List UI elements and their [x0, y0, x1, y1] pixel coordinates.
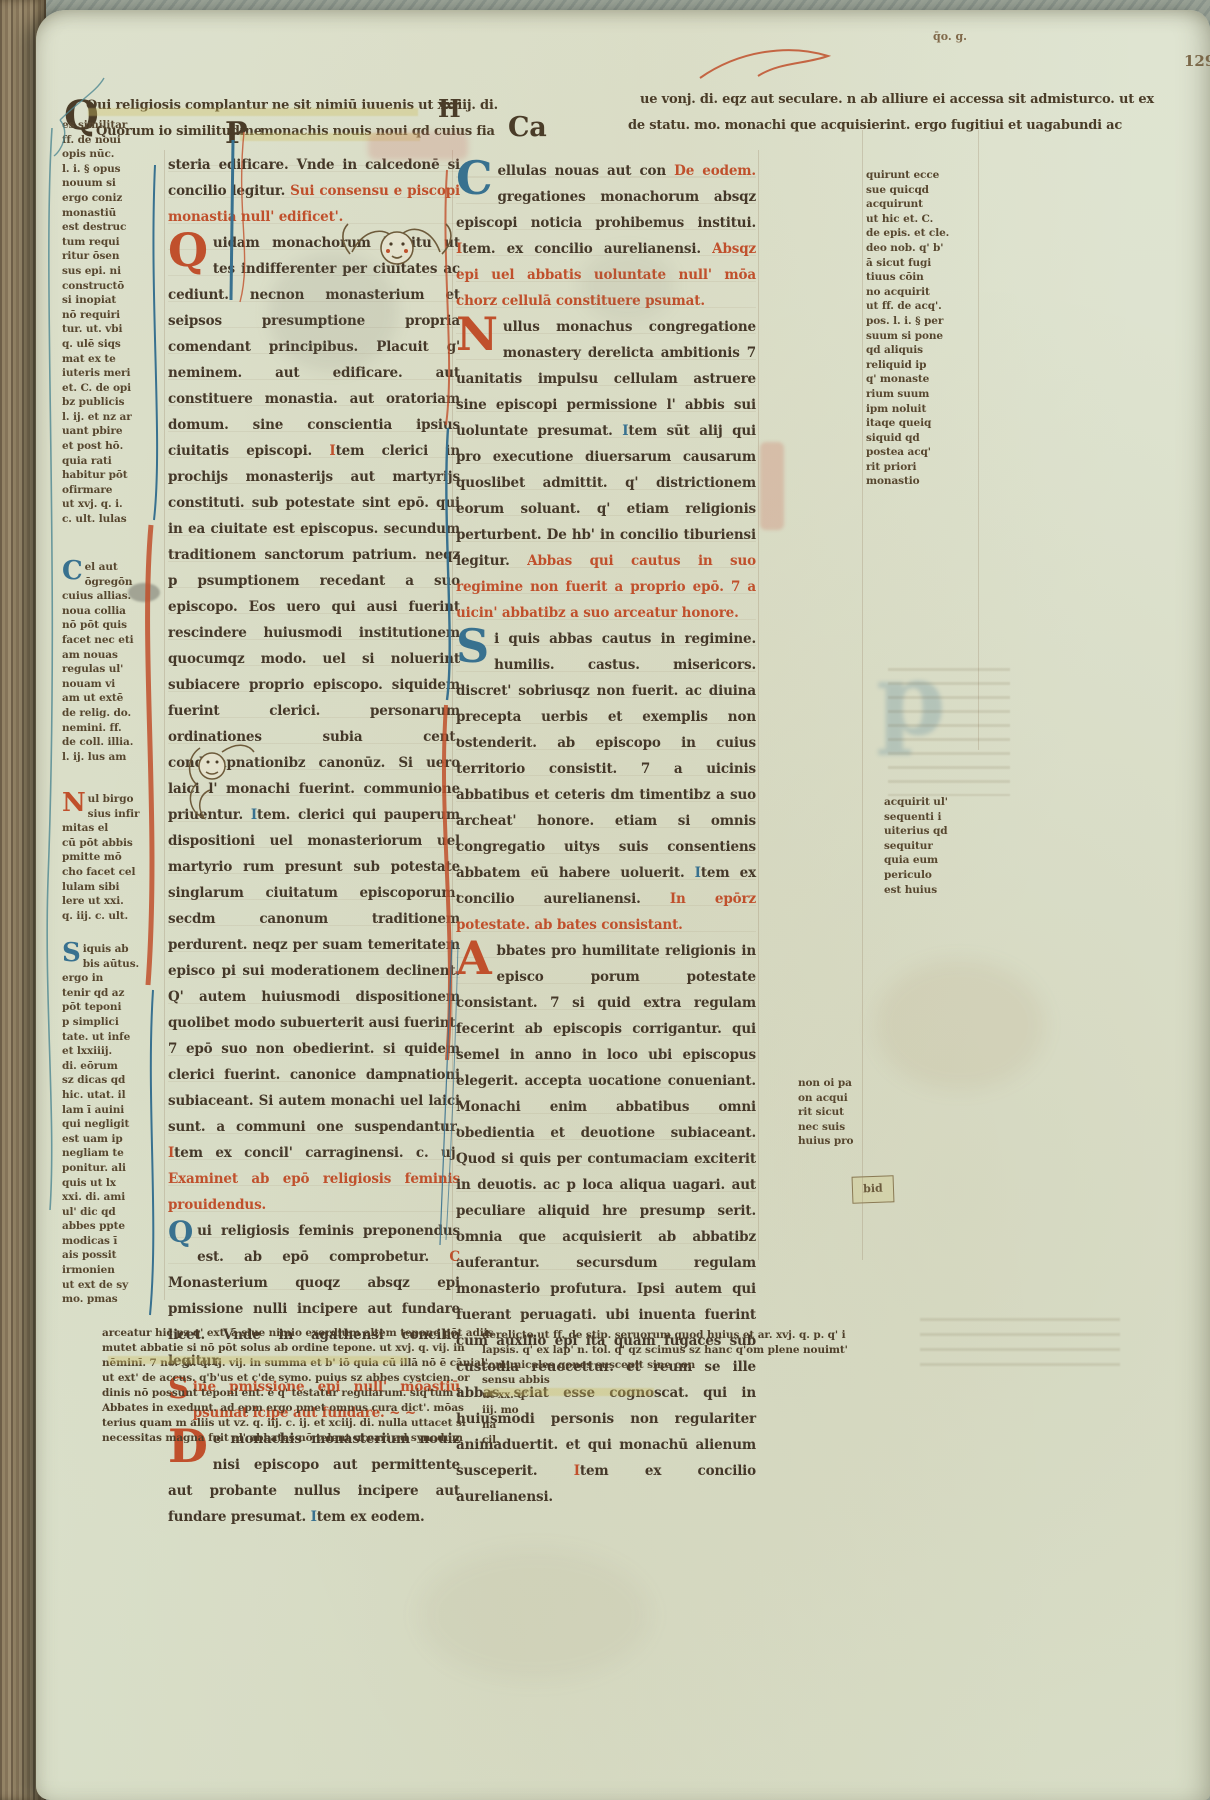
- text-line: deo nob. q' b': [866, 241, 970, 256]
- text-line: rit priori: [866, 460, 970, 475]
- text-line: nō pōt quis: [62, 618, 172, 633]
- text-line: am nouas: [62, 648, 172, 663]
- header-paraph-blue: Ħ: [438, 94, 460, 123]
- quire-mark: q̄o. g.: [933, 30, 967, 43]
- text-line: rit sicut: [798, 1105, 894, 1120]
- text-line: nouam vi: [62, 677, 172, 692]
- text-line: irmonien: [62, 1263, 172, 1278]
- text-line: di. eōrum: [62, 1059, 172, 1074]
- header-gloss-line2-right: de statu. mo. monachi que acquisierint. …: [628, 118, 1122, 133]
- text-line: iij. mo: [482, 1403, 882, 1418]
- text-line: ā sicut fugi: [866, 256, 970, 271]
- ruling-line: [978, 130, 979, 750]
- text-line: constructō: [62, 279, 172, 294]
- text-line: ul' dic qd: [62, 1205, 172, 1220]
- text-line: est huius: [884, 883, 984, 898]
- text-line: ff. de noui: [62, 133, 172, 148]
- text-line: quia rati: [62, 454, 172, 469]
- text-line: ergo coniz: [62, 191, 172, 206]
- text-line: tum requi: [62, 235, 172, 250]
- text-column-2: Cellulas nouas aut con De eodem. gregati…: [456, 158, 756, 1303]
- text-line: ut xvj. q. i.: [62, 497, 172, 512]
- text-line: ut ff. de acq'.: [866, 299, 970, 314]
- text-line: acquirit ul': [884, 795, 984, 810]
- text-segment: i quis abbas cautus in regimine. humilis…: [456, 631, 756, 881]
- text-paragraph: steria edificare. Vnde in calcedonē si c…: [168, 152, 460, 230]
- illuminated-initial: S: [62, 942, 83, 964]
- illuminated-initial: A: [456, 938, 497, 978]
- yellow-wash: [108, 1356, 408, 1364]
- text-line: on acqui: [798, 1091, 894, 1106]
- text-segment: tem ex concil' carraginensi. c. uj.: [174, 1145, 460, 1161]
- text-line: mo. pmas: [62, 1292, 172, 1307]
- text-line: uant pbire: [62, 424, 172, 439]
- text-line: tur. ut. vbi: [62, 322, 172, 337]
- text-line: et post hō.: [62, 439, 172, 454]
- text-line: derelicto ut ff. de stip. seruorum quod …: [482, 1328, 882, 1343]
- text-line: itaqe queiq: [866, 416, 970, 431]
- text-line: tenir qd az: [62, 986, 172, 1001]
- text-line: quirunt ecce: [866, 168, 970, 183]
- illuminated-initial: Q: [168, 230, 213, 270]
- text-segment: tem. ex concilio aurelianensi.: [462, 241, 712, 257]
- illuminated-initial: C: [62, 560, 85, 582]
- text-line: sue quicqd: [866, 183, 970, 198]
- ruling-line: [758, 150, 759, 1260]
- text-line: nemini. ff.: [62, 721, 172, 736]
- text-line: l. ij. lus am: [62, 750, 172, 765]
- text-line: q. iij. c. ult.: [62, 909, 172, 924]
- illuminated-initial: Q: [168, 1218, 197, 1245]
- text-line: ut hic et. C.: [866, 212, 970, 227]
- text-line: iuteris meri: [62, 366, 172, 381]
- text-line: pōt teponi: [62, 1000, 172, 1015]
- text-line: comunicales qones suscepit sine con: [482, 1358, 882, 1373]
- text-line: abbes ppte: [62, 1219, 172, 1234]
- text-line: ritur ōsen: [62, 249, 172, 264]
- text-line: xxi. di. ami: [62, 1190, 172, 1205]
- text-segment: tem ex eodem.: [317, 1509, 425, 1525]
- text-line: regulas ul': [62, 662, 172, 677]
- text-segment: gregationes monachorum absqz episcopi no…: [456, 189, 756, 231]
- left-margin-gloss-block1: es similitarff. de nouiopis nūc.l. i. § …: [62, 118, 172, 527]
- text-segment: ellulas nouas aut con: [497, 163, 674, 179]
- text-line: nō requiri: [62, 308, 172, 323]
- text-line: monastio: [866, 474, 970, 489]
- text-line: terius quam m aliis ut vz. q. iij. c. ij…: [102, 1416, 454, 1431]
- text-line: tate. ut infe: [62, 1030, 172, 1045]
- right-margin-gloss-block3: non oi paon acquirit sicutnec suishuius …: [798, 1076, 894, 1149]
- manuscript-photo: { "page": { "folio_number": "129", "quir…: [0, 0, 1210, 1800]
- text-line: lam ī auini: [62, 1103, 172, 1118]
- text-line: quia eum: [884, 853, 984, 868]
- text-line: sequenti i: [884, 810, 984, 825]
- text-line: reliquid ip: [866, 358, 970, 373]
- text-line: sequitur: [884, 839, 984, 854]
- text-line: Abbates in exedunt. ad epm ergo pmet omn…: [102, 1401, 454, 1416]
- text-paragraph: Cellulas nouas aut con De eodem. gregati…: [456, 158, 756, 314]
- text-line: q' monaste: [866, 372, 970, 387]
- text-line: est uam ip: [62, 1132, 172, 1147]
- addendum-left-block: arceatur hic pz q' ext' ā siue nimio exo…: [102, 1326, 454, 1446]
- text-line: modicas ī: [62, 1234, 172, 1249]
- ruling-line: [452, 150, 453, 1300]
- text-line: periculo: [884, 868, 984, 883]
- ruling-line: [862, 130, 863, 1260]
- text-line: uiterius qd: [884, 824, 984, 839]
- text-paragraph: Quidam monachorum habitu ut tes indiffer…: [168, 230, 460, 1218]
- yellow-wash: [240, 133, 420, 141]
- text-line: facet nec eti: [62, 633, 172, 648]
- text-line: p simplici: [62, 1015, 172, 1030]
- illuminated-initial: N: [456, 314, 503, 354]
- text-line: lapsis. q' ex lap' n. tol. q' qz scimus …: [482, 1343, 882, 1358]
- right-margin-gloss-block2: acquirit ul'sequenti iuiterius qdsequitu…: [884, 795, 984, 897]
- text-line: sensu abbis: [482, 1373, 882, 1388]
- text-line: mat ex te: [62, 352, 172, 367]
- text-line: c. ult. lulas: [62, 512, 172, 527]
- text-line: huius pro: [798, 1134, 894, 1149]
- text-paragraph: Si quis abbas cautus in regimine. humili…: [456, 626, 756, 938]
- text-line: suum si pone: [866, 329, 970, 344]
- text-line: negliam te: [62, 1146, 172, 1161]
- text-line: l. i. § opus: [62, 162, 172, 177]
- text-line: qui negligit: [62, 1117, 172, 1132]
- text-line: si inopiat: [62, 293, 172, 308]
- text-line: cil.: [482, 1433, 882, 1448]
- text-line: lulam sibi: [62, 880, 172, 895]
- text-line: ut ext de sy: [62, 1278, 172, 1293]
- text-line: pmitte mō: [62, 850, 172, 865]
- text-line: ofirmare: [62, 483, 172, 498]
- text-line: pos. l. i. § per: [866, 314, 970, 329]
- illuminated-initial: C: [456, 158, 497, 198]
- left-margin-gloss-block4: Siquis abbis aūtus.ergo intenir qd azpōt…: [62, 942, 172, 1307]
- text-line: q. ulē siqs: [62, 337, 172, 352]
- ruling-line: [164, 150, 165, 1300]
- text-segment: tem. clerici qui pauperum dispositioni u…: [168, 807, 460, 1135]
- text-line: habitur pōt: [62, 468, 172, 483]
- text-line: tiuus cōin: [866, 270, 970, 285]
- right-margin-gloss-block1: quirunt eccesue quicqdacquiruntut hic et…: [866, 168, 970, 489]
- text-line: qd aliquis: [866, 343, 970, 358]
- text-line: ut ext' de accus. q'b'us et c'de symo. p…: [102, 1371, 454, 1386]
- left-margin-gloss-block3: Nul birgosius infirmitas elcū pōt abbisp…: [62, 792, 172, 923]
- text-line: postea acq': [866, 445, 970, 460]
- text-line: arceatur hic pz q' ext' ā siue nimio exo…: [102, 1326, 454, 1341]
- text-line: acquirunt: [866, 197, 970, 212]
- text-line: cū pōt abbis: [62, 836, 172, 851]
- text-line: opis nūc.: [62, 147, 172, 162]
- text-line: nouum si: [62, 176, 172, 191]
- text-line: de coll. illia.: [62, 735, 172, 750]
- header-gloss-line1-right: ue vonj. di. eqz aut seculare. n ab alli…: [640, 92, 1154, 107]
- text-line: sz dicas qd: [62, 1073, 172, 1088]
- text-segment: De eodem.: [674, 163, 756, 179]
- text-line: ipm noluit: [866, 402, 970, 417]
- yellow-wash: [484, 1388, 654, 1396]
- text-paragraph: Nullus monachus congregatione monastery …: [456, 314, 756, 626]
- text-line: na: [482, 1418, 882, 1433]
- illuminated-initial: S: [456, 626, 494, 666]
- text-line: ponitur. ali: [62, 1161, 172, 1176]
- text-line: est destruc: [62, 220, 172, 235]
- text-segment: ui religiosis feminis preponendus est. a…: [197, 1223, 460, 1265]
- text-line: dinis nō possunt teponi ent. ē q' testat…: [102, 1386, 454, 1401]
- text-line: ergo in: [62, 971, 172, 986]
- text-segment: Examinet ab epō religiosis feminis proui…: [168, 1171, 460, 1213]
- yellow-wash: [88, 108, 418, 116]
- text-line: no acquirit: [866, 285, 970, 300]
- text-line: siquid qd: [866, 431, 970, 446]
- illuminated-initial: N: [62, 792, 88, 814]
- text-line: rium suum: [866, 387, 970, 402]
- text-line: es similitar: [62, 118, 172, 133]
- folio-number: 129: [1184, 52, 1210, 70]
- text-line: bz publicis: [62, 395, 172, 410]
- text-column-1: steria edificare. Vnde in calcedonē si c…: [168, 152, 460, 1302]
- text-line: non oi pa: [798, 1076, 894, 1091]
- text-line: am ut extē: [62, 691, 172, 706]
- text-line: lere ut xxi.: [62, 894, 172, 909]
- text-line: necessitas magna fuit al' abbates nō tel…: [102, 1431, 454, 1446]
- text-line: cuius allias.: [62, 589, 172, 604]
- text-line: l. ij. et nz ar: [62, 410, 172, 425]
- header-monogram-red: Ca: [508, 112, 547, 143]
- text-line: sus epi. ni: [62, 264, 172, 279]
- text-line: noua collia: [62, 604, 172, 619]
- text-segment: tem sūt alij qui pro executione diuersar…: [456, 423, 756, 569]
- text-line: mutet abbatie si nō pōt solus ab ordine …: [102, 1341, 454, 1356]
- text-line: mitas el: [62, 821, 172, 836]
- text-line: quis ut lx: [62, 1176, 172, 1191]
- text-line: cho facet cel: [62, 865, 172, 880]
- text-line: et. C. de opi: [62, 381, 172, 396]
- text-line: monastiū: [62, 206, 172, 221]
- text-line: de epis. et cle.: [866, 226, 970, 241]
- left-margin-gloss-block2: Cel autōgregōncuius allias.noua collianō…: [62, 560, 172, 764]
- text-line: hic. utat. il: [62, 1088, 172, 1103]
- text-segment: tem clerici in prochijs monasterijs aut …: [168, 443, 460, 823]
- text-line: ais possit: [62, 1248, 172, 1263]
- text-line: et lxxiiij.: [62, 1044, 172, 1059]
- text-line: nec suis: [798, 1120, 894, 1135]
- catchword-box: bid: [852, 1175, 895, 1203]
- text-line: de relig. do.: [62, 706, 172, 721]
